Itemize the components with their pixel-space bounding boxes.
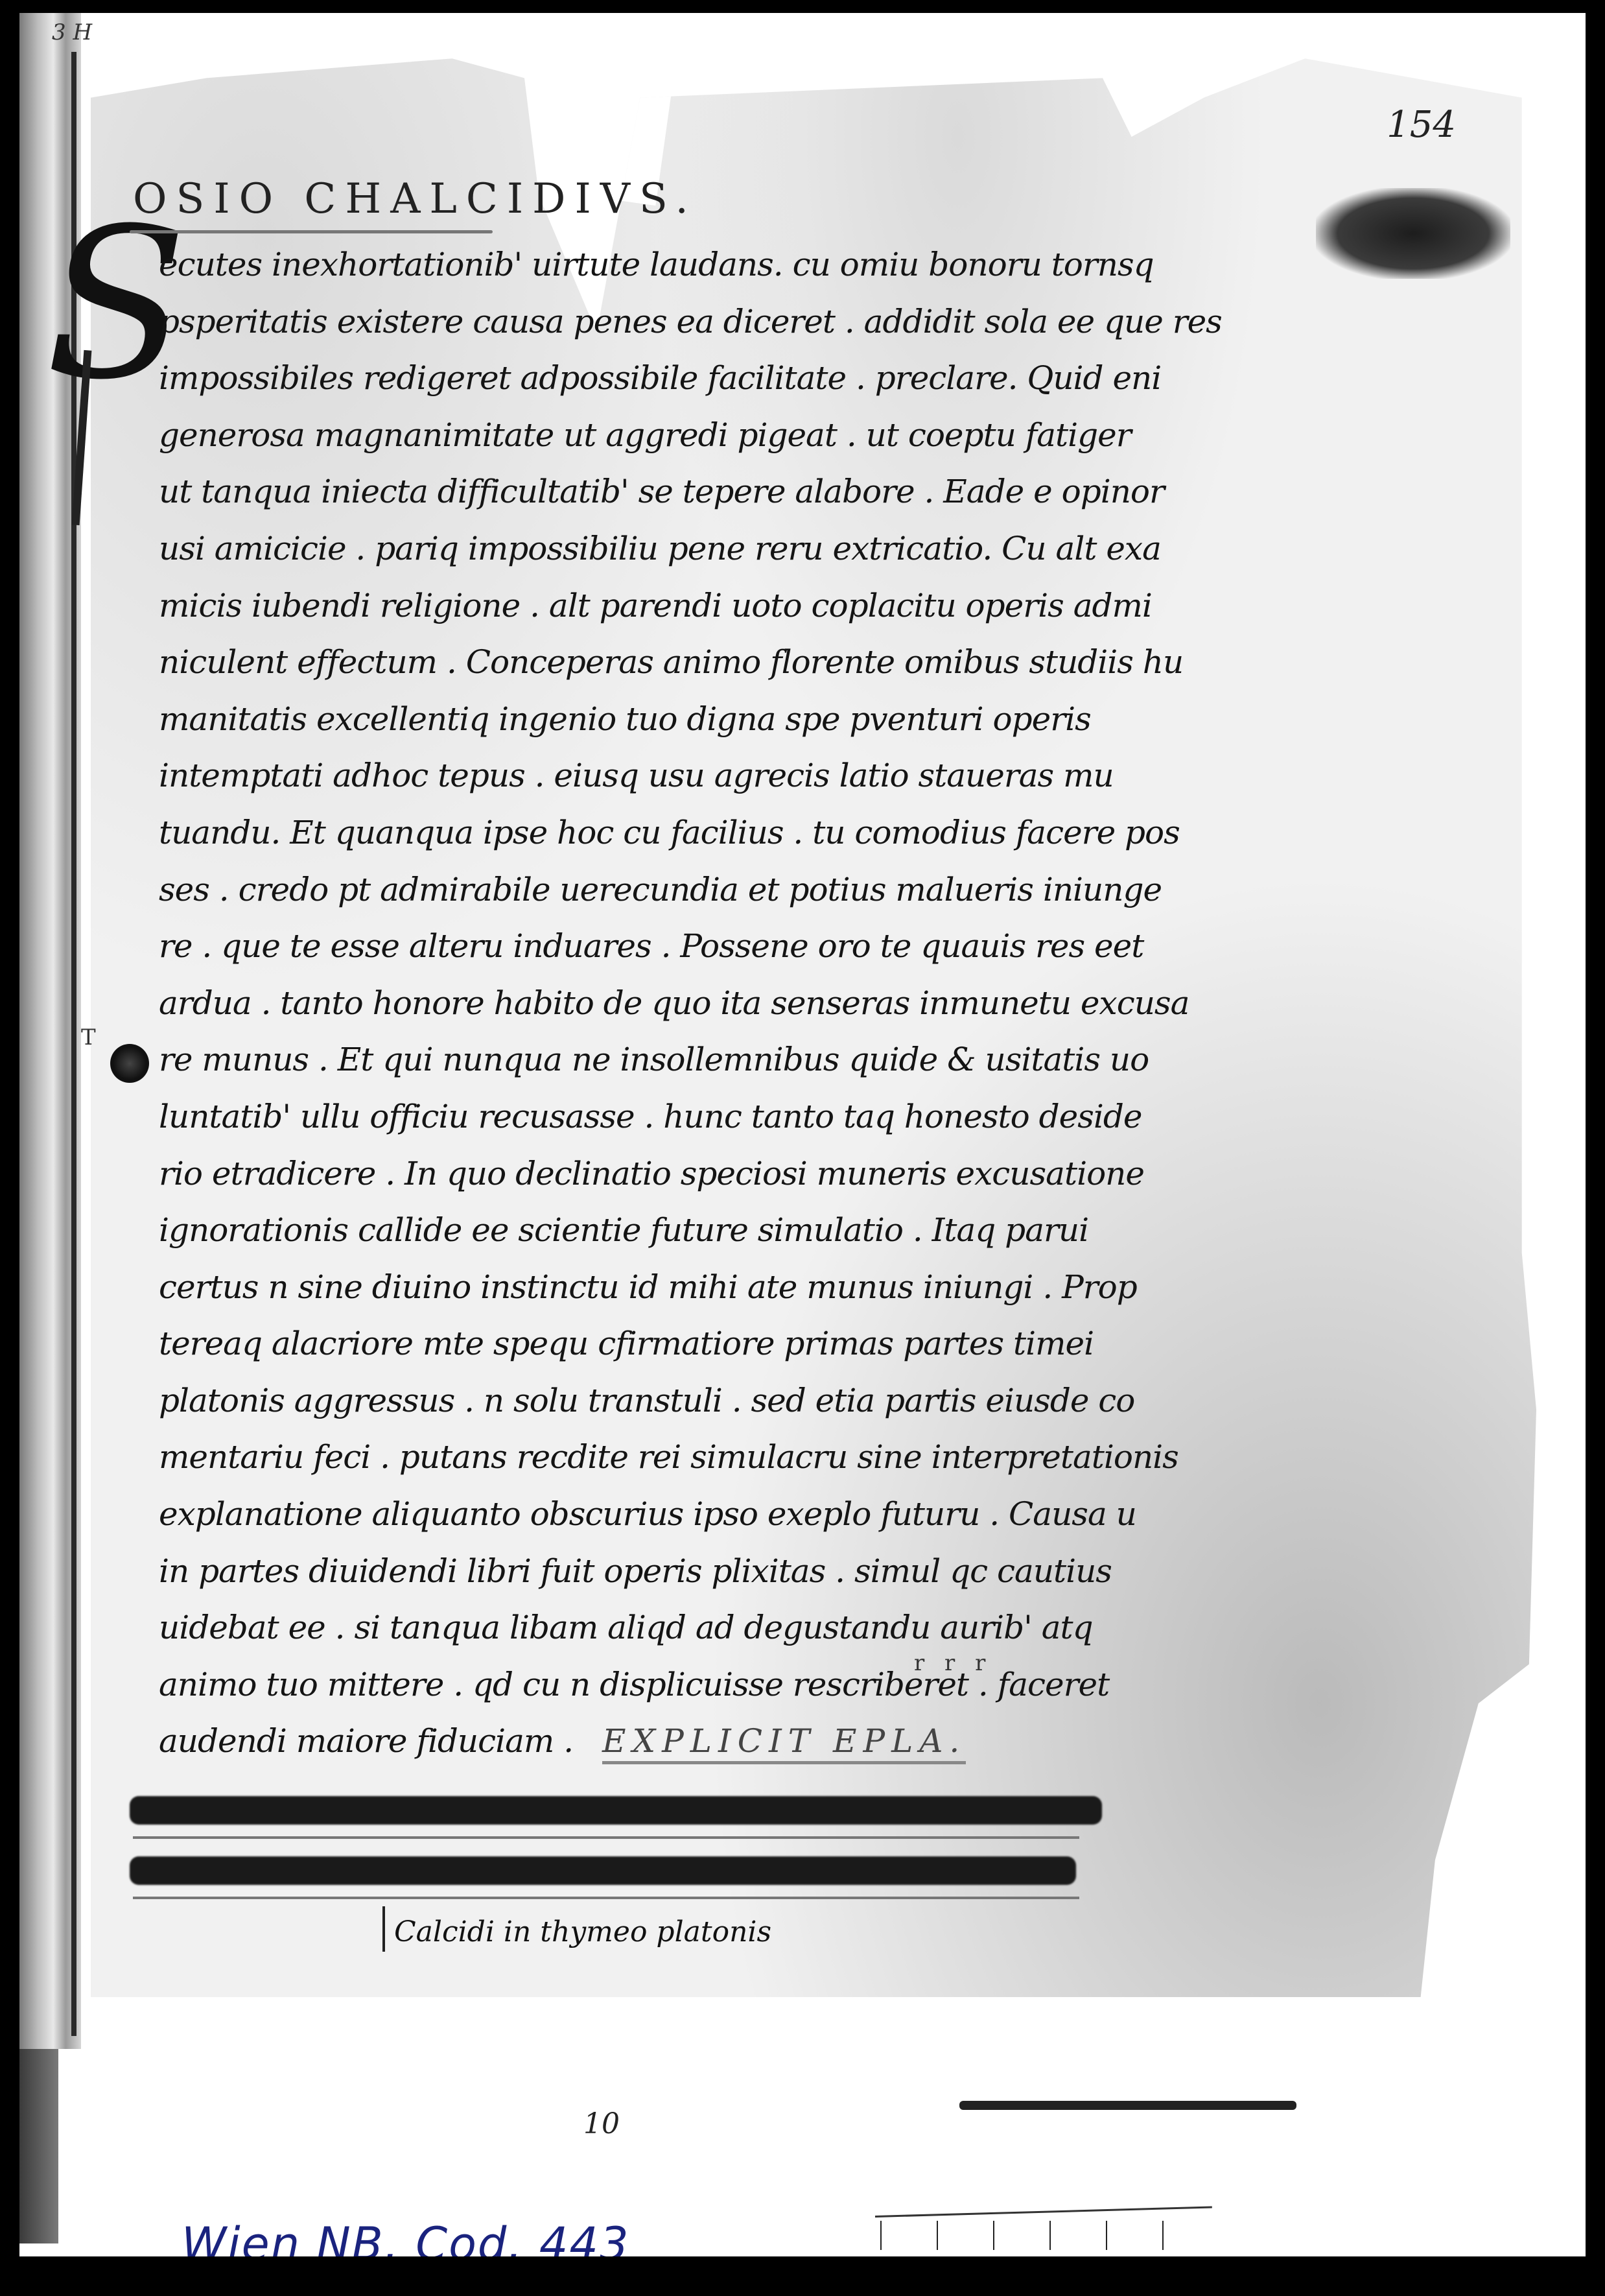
measurement-scale: 0 1 2 3 4 5 <box>875 2208 1225 2256</box>
margin-marker: 3 H <box>52 19 92 45</box>
folio-number: 154 <box>1387 104 1456 146</box>
text-line: ignorationis callide ee scientie future … <box>120 1202 1306 1259</box>
gutter-shadow <box>19 2049 58 2243</box>
shelfmark-label: Wien NB. Cod. 443 <box>182 2218 629 2256</box>
ruling-line <box>133 1836 1079 1839</box>
text-line: certus n sine diuino instinctu id mihi a… <box>120 1259 1306 1316</box>
page-bottom-shadow <box>959 2101 1296 2110</box>
later-inscription: Calcidi in thymeo platonis <box>382 1906 771 1952</box>
scale-label: 5 <box>1154 2253 1173 2256</box>
text-line: uidebat ee . si tanqua libam aliqd ad de… <box>120 1600 1306 1657</box>
scale-tick <box>993 2221 994 2250</box>
scale-tick <box>1106 2221 1107 2250</box>
scale-tick <box>1162 2221 1164 2250</box>
scale-label: 3 <box>1041 2253 1060 2256</box>
text-line: intemptati adhoc tepus . eiusq usu agrec… <box>120 748 1306 805</box>
text-line: explanatione aliquanto obscurius ipso ex… <box>120 1486 1306 1543</box>
text-line: re . que te esse alteru induares . Posse… <box>120 918 1306 975</box>
photograph-frame: 3 H 154 S OSIO CHALCIDIVS. ecutes inexho… <box>19 13 1586 2256</box>
text-line: mentariu feci . putans recdite rei simul… <box>120 1429 1306 1486</box>
scale-label: 4 <box>1097 2253 1116 2256</box>
text-line: generosa magnanimitate ut aggredi pigeat… <box>120 407 1306 464</box>
text-line: luntatib' ullu officiu recusasse . hunc … <box>120 1089 1306 1146</box>
text-line: psperitatis existere causa penes ea dice… <box>120 294 1306 351</box>
text-line: niculent effectum . Conceperas animo flo… <box>120 634 1306 691</box>
scale-label: 2 <box>985 2253 1003 2256</box>
scale-tick <box>937 2221 938 2250</box>
scale-baseline <box>875 2206 1212 2218</box>
main-text-block: ecutes inexhortationib' uirtute laudans.… <box>120 237 1306 1770</box>
rubric-title: OSIO CHALCIDIVS. <box>133 175 697 223</box>
text-line: impossibiles redigeret adpossibile facil… <box>120 350 1306 407</box>
text-line: platonis aggressus . n solu transtuli . … <box>120 1373 1306 1430</box>
text-line: tuandu. Et quanqua ipse hoc cu facilius … <box>120 805 1306 862</box>
text-line: ut tanqua iniecta difficultatib' se tepe… <box>120 464 1306 521</box>
erased-line <box>130 1856 1076 1885</box>
explicit-rubric: EXPLICIT EPLA. <box>602 1722 966 1764</box>
text-line: micis iubendi religione . alt parendi uo… <box>120 578 1306 635</box>
small-marks: r r r <box>914 1650 992 1676</box>
title-underline <box>130 230 493 233</box>
ruling-line <box>133 1897 1079 1899</box>
erased-line <box>130 1796 1102 1825</box>
text-line: tereaq alacriore mte spequ cfirmatiore p… <box>120 1316 1306 1373</box>
text-line: manitatis excellentiq ingenio tuo digna … <box>120 691 1306 748</box>
margin-note: T <box>81 1024 96 1050</box>
rubric-title-text: OSIO CHALCIDIVS. <box>133 175 697 223</box>
text-line: ses . credo pt admirabile uerecundia et … <box>120 862 1306 919</box>
foot-mark: 10 <box>583 2107 620 2140</box>
ink-blot <box>1316 188 1510 279</box>
scale-tick <box>880 2221 882 2250</box>
text-line-final-text: audendi maiore fiduciam . <box>159 1722 573 1760</box>
scale-label: 1 <box>928 2253 947 2256</box>
text-line: animo tuo mittere . qd cu n displicuisse… <box>120 1657 1306 1714</box>
text-line: in partes diuidendi libri fuit operis pl… <box>120 1543 1306 1600</box>
text-line: rio etradicere . In quo declinatio speci… <box>120 1146 1306 1203</box>
scale-tick <box>1049 2221 1051 2250</box>
margin-ink-blot <box>110 1044 149 1083</box>
text-line: ardua . tanto honore habito de quo ita s… <box>120 975 1306 1032</box>
text-line: ecutes inexhortationib' uirtute laudans.… <box>120 237 1306 294</box>
text-line: usi amicicie . pariq impossibiliu pene r… <box>120 521 1306 578</box>
text-line-final: audendi maiore fiduciam . EXPLICIT EPLA. <box>120 1713 1306 1770</box>
scale-label: 0 <box>872 2253 891 2256</box>
text-line: re munus . Et qui nunqua ne insollemnibu… <box>120 1032 1306 1089</box>
